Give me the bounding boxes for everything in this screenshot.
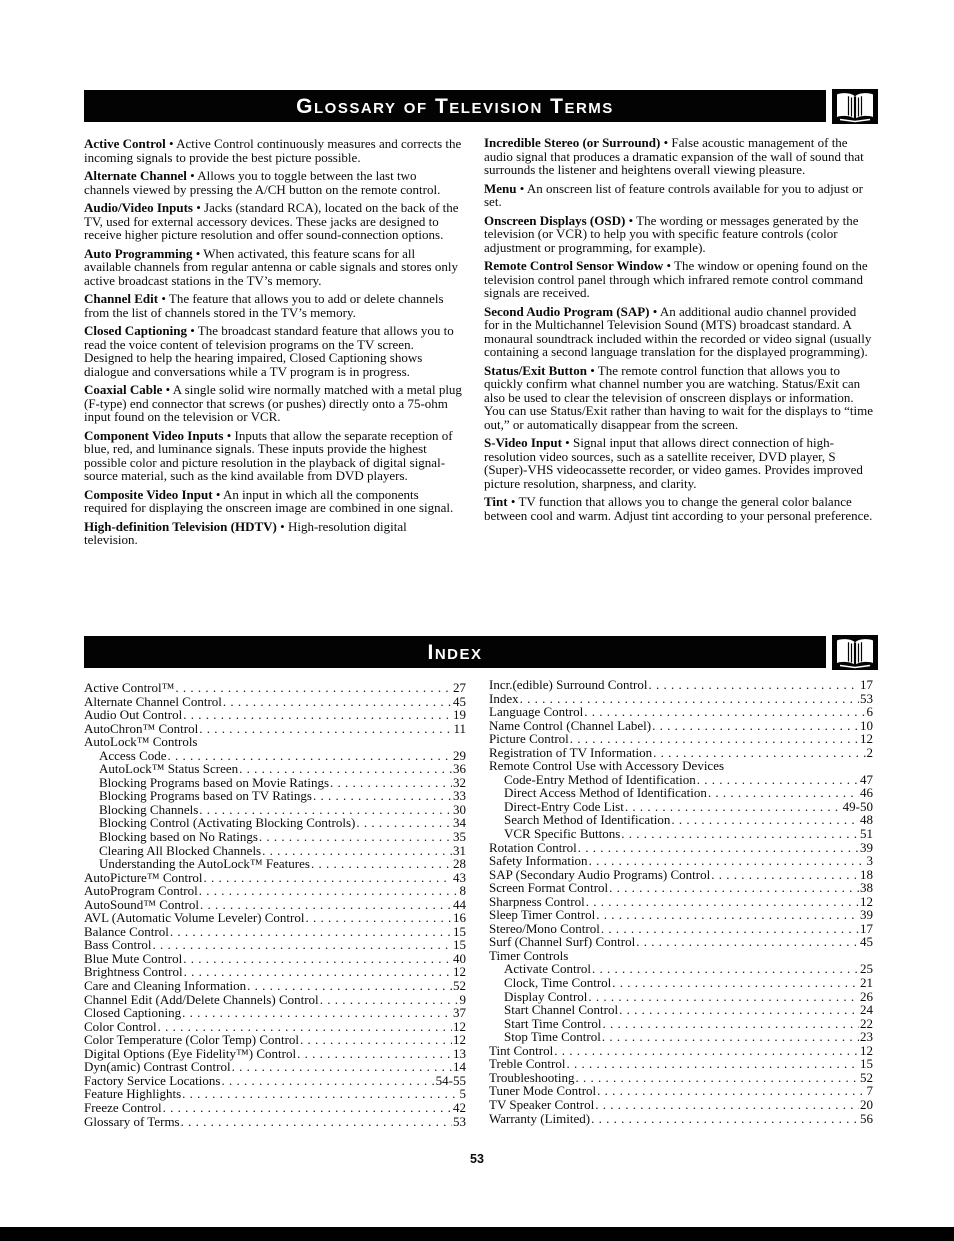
dot-leader bbox=[239, 762, 452, 776]
glossary-entry: Coaxial Cable • A single solid wire norm… bbox=[84, 383, 462, 424]
index-entry-page: 54-55 bbox=[436, 1074, 466, 1088]
dot-leader bbox=[520, 692, 859, 706]
index-entry-label: Blocking Control (Activating Blocking Co… bbox=[99, 816, 355, 830]
index-entry: Troubleshooting52 bbox=[489, 1071, 873, 1085]
index-entry-page: 37 bbox=[453, 1006, 466, 1020]
bullet-separator: • bbox=[520, 181, 525, 196]
index-entry-label: AutoLock™ Status Screen bbox=[99, 762, 238, 776]
index-entry: Alternate Channel Control45 bbox=[84, 695, 466, 709]
index-entry-label: Stereo/Mono Control bbox=[489, 922, 600, 936]
index-entry-label: Incr.(edible) Surround Control bbox=[489, 678, 648, 692]
dot-leader bbox=[653, 746, 865, 760]
dot-leader bbox=[175, 681, 452, 695]
index-entry-page: 24 bbox=[860, 1003, 873, 1017]
dot-leader bbox=[330, 776, 452, 790]
dot-leader bbox=[584, 705, 865, 719]
index-entry: Display Control26 bbox=[489, 990, 873, 1004]
index-entry-page: 18 bbox=[860, 868, 873, 882]
dot-leader bbox=[170, 925, 452, 939]
index-entry-page: 51 bbox=[860, 827, 873, 841]
dot-leader bbox=[697, 773, 859, 787]
dot-leader bbox=[311, 857, 452, 871]
index-entry-label: Remote Control Use with Accessory Device… bbox=[489, 759, 724, 773]
index-entry-label: Blocking Programs based on Movie Ratings bbox=[99, 776, 329, 790]
index-entry-page: 53 bbox=[860, 692, 873, 706]
index-entry: Code-Entry Method of Identification47 bbox=[489, 773, 873, 787]
dot-leader bbox=[300, 1033, 452, 1047]
index-entry-label: Treble Control bbox=[489, 1057, 565, 1071]
dot-leader bbox=[200, 898, 452, 912]
index-entry: Sleep Timer Control39 bbox=[489, 908, 873, 922]
glossary-entry: Composite Video Input • An input in whic… bbox=[84, 488, 462, 515]
index-entry: Brightness Control12 bbox=[84, 965, 466, 979]
dot-leader bbox=[588, 990, 859, 1004]
index-entry-label: AutoPicture™ Control bbox=[84, 871, 203, 885]
index-entry: Color Control12 bbox=[84, 1020, 466, 1034]
dot-leader bbox=[153, 938, 452, 952]
index-entry-page: 21 bbox=[860, 976, 873, 990]
index-entry-page: 14 bbox=[453, 1060, 466, 1074]
dot-leader bbox=[625, 800, 842, 814]
index-entry: AutoProgram Control8 bbox=[84, 884, 466, 898]
index-entry: Care and Cleaning Information52 bbox=[84, 979, 466, 993]
index-entry-label: AVL (Automatic Volume Leveler) Control bbox=[84, 911, 304, 925]
dot-leader bbox=[223, 695, 452, 709]
index-entry-page: 12 bbox=[453, 965, 466, 979]
index-entry-page: 49-50 bbox=[843, 800, 873, 814]
dot-leader bbox=[259, 830, 452, 844]
index-entry: Sharpness Control12 bbox=[489, 895, 873, 909]
dot-leader bbox=[262, 844, 452, 858]
index-entry-label: Name Control (Channel Label) bbox=[489, 719, 651, 733]
index-entry-label: Blue Mute Control bbox=[84, 952, 182, 966]
dot-leader bbox=[320, 993, 459, 1007]
index-entry-label: Color Temperature (Color Temp) Control bbox=[84, 1033, 299, 1047]
index-entry-label: Balance Control bbox=[84, 925, 169, 939]
dot-leader bbox=[597, 1084, 865, 1098]
dot-leader bbox=[566, 1057, 859, 1071]
index-entry: Remote Control Use with Accessory Device… bbox=[489, 759, 873, 773]
index-entry-label: Blocking Channels bbox=[99, 803, 198, 817]
index-entry-label: AutoSound™ Control bbox=[84, 898, 199, 912]
dot-leader bbox=[232, 1060, 452, 1074]
index-entry-label: Clock, Time Control bbox=[504, 976, 611, 990]
index-entry: Safety Information3 bbox=[489, 854, 873, 868]
index-entry-label: Active Control™ bbox=[84, 681, 174, 695]
dot-leader bbox=[184, 965, 452, 979]
index-entry: Closed Captioning37 bbox=[84, 1006, 466, 1020]
dot-leader bbox=[596, 908, 859, 922]
index-entry: Registration of TV Information2 bbox=[489, 746, 873, 760]
index-entry-label: Timer Controls bbox=[489, 949, 568, 963]
index-entry-label: Stop Time Control bbox=[504, 1030, 601, 1044]
dot-leader bbox=[199, 803, 452, 817]
index-entry: Timer Controls bbox=[489, 949, 873, 963]
index-entry: Rotation Control39 bbox=[489, 841, 873, 855]
dot-leader bbox=[636, 935, 859, 949]
index-entry-label: Sleep Timer Control bbox=[489, 908, 595, 922]
index-entry-label: Blocking based on No Ratings bbox=[99, 830, 258, 844]
open-book-icon bbox=[832, 635, 878, 670]
index-entry: Balance Control15 bbox=[84, 925, 466, 939]
dot-leader bbox=[619, 1003, 859, 1017]
index-entry: Digital Options (Eye Fidelity™) Control1… bbox=[84, 1047, 466, 1061]
dot-leader bbox=[586, 895, 859, 909]
index-entry: Audio Out Control19 bbox=[84, 708, 466, 722]
index-entry-label: AutoLock™ Controls bbox=[84, 735, 197, 749]
dot-leader bbox=[182, 1006, 452, 1020]
index-entry: Index53 bbox=[489, 692, 873, 706]
dot-leader bbox=[609, 881, 859, 895]
index-entry-page: 39 bbox=[860, 908, 873, 922]
index-entry-page: 12 bbox=[860, 1044, 873, 1058]
glossary-entry: Second Audio Program (SAP) • An addition… bbox=[484, 305, 874, 359]
index-entry-label: Direct Access Method of Identification bbox=[504, 786, 707, 800]
dot-leader bbox=[603, 1017, 859, 1031]
index-entry-page: 35 bbox=[453, 830, 466, 844]
dot-leader bbox=[181, 1115, 452, 1129]
dot-leader bbox=[554, 1044, 859, 1058]
dot-leader bbox=[601, 922, 859, 936]
index-entry-label: Registration of TV Information bbox=[489, 746, 652, 760]
index-entry-label: Start Time Control bbox=[504, 1017, 602, 1031]
dot-leader bbox=[221, 1074, 434, 1088]
index-entry-label: Search Method of Identification bbox=[504, 813, 670, 827]
index-entry: AutoPicture™ Control43 bbox=[84, 871, 466, 885]
index-entry-page: 30 bbox=[453, 803, 466, 817]
dot-leader bbox=[575, 1071, 859, 1085]
index-entry-page: 5 bbox=[460, 1087, 467, 1101]
index-entry-label: Access Code bbox=[99, 749, 167, 763]
index-entry-page: 39 bbox=[860, 841, 873, 855]
index-entry: Clearing All Blocked Channels31 bbox=[84, 844, 466, 858]
index-entry-page: 56 bbox=[860, 1112, 873, 1126]
index-entry: VCR Specific Buttons51 bbox=[489, 827, 873, 841]
index-entry-label: Channel Edit (Add/Delete Channels) Contr… bbox=[84, 993, 319, 1007]
index-entry: Channel Edit (Add/Delete Channels) Contr… bbox=[84, 993, 466, 1007]
index-entry-page: 15 bbox=[453, 938, 466, 952]
index-entry: AutoChron™ Control11 bbox=[84, 722, 466, 736]
index-entry-page: 43 bbox=[453, 871, 466, 885]
index-entry-label: Picture Control bbox=[489, 732, 569, 746]
dot-leader bbox=[570, 732, 859, 746]
dot-leader bbox=[591, 1112, 859, 1126]
index-header-bar: Index bbox=[84, 636, 826, 668]
dot-leader bbox=[589, 854, 866, 868]
index-entry-page: 16 bbox=[453, 911, 466, 925]
index-entry-page: 33 bbox=[453, 789, 466, 803]
index-entry-page: 42 bbox=[453, 1101, 466, 1115]
index-entry-label: Clearing All Blocked Channels bbox=[99, 844, 261, 858]
index-entry-page: 6 bbox=[867, 705, 874, 719]
index-entry-page: 46 bbox=[860, 786, 873, 800]
index-entry-label: AutoProgram Control bbox=[84, 884, 198, 898]
index-entry: Start Channel Control24 bbox=[489, 1003, 873, 1017]
index-entry-page: 25 bbox=[860, 962, 873, 976]
index-entry-label: TV Speaker Control bbox=[489, 1098, 594, 1112]
index-entry: Language Control6 bbox=[489, 705, 873, 719]
index-entry-page: 53 bbox=[453, 1115, 466, 1129]
index-entry-label: Screen Format Control bbox=[489, 881, 608, 895]
index-entry-page: 23 bbox=[860, 1030, 873, 1044]
index-entry-page: 52 bbox=[860, 1071, 873, 1085]
index-entry: Blocking Programs based on Movie Ratings… bbox=[84, 776, 466, 790]
index-entry: Stereo/Mono Control17 bbox=[489, 922, 873, 936]
dot-leader bbox=[199, 722, 452, 736]
index-entry-label: Rotation Control bbox=[489, 841, 577, 855]
page-number: 53 bbox=[0, 1152, 954, 1166]
index-entry-label: Direct-Entry Code List bbox=[504, 800, 624, 814]
glossary-entry: Incredible Stereo (or Surround) • False … bbox=[484, 136, 874, 177]
dot-leader bbox=[183, 952, 452, 966]
index-entry: Tuner Mode Control7 bbox=[489, 1084, 873, 1098]
index-entry-label: VCR Specific Buttons bbox=[504, 827, 620, 841]
index-entry-label: Feature Highlights bbox=[84, 1087, 181, 1101]
index-entry: AutoSound™ Control44 bbox=[84, 898, 466, 912]
glossary-entry: Tint • TV function that allows you to ch… bbox=[484, 495, 874, 522]
index-entry: Glossary of Terms53 bbox=[84, 1115, 466, 1129]
index-entry-label: Sharpness Control bbox=[489, 895, 585, 909]
index-entry: Activate Control25 bbox=[489, 962, 873, 976]
index-entry-page: 38 bbox=[860, 881, 873, 895]
index-entry: Active Control™27 bbox=[84, 681, 466, 695]
glossary-entry: Status/Exit Button • The remote control … bbox=[484, 364, 874, 432]
index-entry-page: 20 bbox=[860, 1098, 873, 1112]
index-entry: AutoLock™ Controls bbox=[84, 735, 466, 749]
glossary-definition: An onscreen list of feature controls ava… bbox=[484, 181, 863, 210]
index-entry: Blocking Channels30 bbox=[84, 803, 466, 817]
index-entry-page: 45 bbox=[860, 935, 873, 949]
dot-leader bbox=[204, 871, 452, 885]
index-entry: Clock, Time Control21 bbox=[489, 976, 873, 990]
index-entry-page: 47 bbox=[860, 773, 873, 787]
index-entry: Understanding the AutoLock™ Features28 bbox=[84, 857, 466, 871]
dot-leader bbox=[247, 979, 452, 993]
index-entry-label: Activate Control bbox=[504, 962, 591, 976]
dot-leader bbox=[621, 827, 859, 841]
index-entry-label: Brightness Control bbox=[84, 965, 183, 979]
index-entry-label: Troubleshooting bbox=[489, 1071, 574, 1085]
index-entry-page: 52 bbox=[453, 979, 466, 993]
index-entry: Blue Mute Control40 bbox=[84, 952, 466, 966]
dot-leader bbox=[297, 1047, 452, 1061]
index-left-column: Active Control™27 Alternate Channel Cont… bbox=[84, 681, 466, 1128]
index-entry-page: 26 bbox=[860, 990, 873, 1004]
index-entry: Direct Access Method of Identification46 bbox=[489, 786, 873, 800]
index-entry: Direct-Entry Code List49-50 bbox=[489, 800, 873, 814]
index-entry-page: 13 bbox=[453, 1047, 466, 1061]
index-entry-label: Alternate Channel Control bbox=[84, 695, 222, 709]
index-entry: Picture Control12 bbox=[489, 732, 873, 746]
index-entry-label: Bass Control bbox=[84, 938, 152, 952]
bullet-separator: • bbox=[280, 519, 285, 534]
dot-leader bbox=[711, 868, 859, 882]
glossary-title: Glossary of Television Terms bbox=[296, 96, 614, 117]
index-entry: Blocking Programs based on TV Ratings33 bbox=[84, 789, 466, 803]
index-entry-page: 48 bbox=[860, 813, 873, 827]
index-entry: AVL (Automatic Volume Leveler) Control16 bbox=[84, 911, 466, 925]
index-entry-page: 8 bbox=[460, 884, 467, 898]
index-entry-label: Understanding the AutoLock™ Features bbox=[99, 857, 310, 871]
dot-leader bbox=[592, 962, 859, 976]
index-entry-page: 31 bbox=[453, 844, 466, 858]
glossary-entry: Channel Edit • The feature that allows y… bbox=[84, 292, 462, 319]
glossary-left-column: Active Control • Active Control continuo… bbox=[84, 137, 462, 552]
index-entry-page: 36 bbox=[453, 762, 466, 776]
index-entry-page: 2 bbox=[867, 746, 874, 760]
dot-leader bbox=[652, 719, 859, 733]
index-entry: Blocking Control (Activating Blocking Co… bbox=[84, 816, 466, 830]
index-entry-label: SAP (Secondary Audio Programs) Control bbox=[489, 868, 710, 882]
index-entry: AutoLock™ Status Screen36 bbox=[84, 762, 466, 776]
index-entry-label: Freeze Control bbox=[84, 1101, 162, 1115]
index-entry: Color Temperature (Color Temp) Control12 bbox=[84, 1033, 466, 1047]
index-entry-label: Display Control bbox=[504, 990, 587, 1004]
glossary-entry: S-Video Input • Signal input that allows… bbox=[484, 436, 874, 490]
dot-leader bbox=[578, 841, 859, 855]
index-entry-page: 28 bbox=[453, 857, 466, 871]
index-entry: Factory Service Locations54-55 bbox=[84, 1074, 466, 1088]
index-entry-label: Language Control bbox=[489, 705, 583, 719]
glossary-entry: High-definition Television (HDTV) • High… bbox=[84, 520, 462, 547]
index-entry-label: Color Control bbox=[84, 1020, 157, 1034]
index-entry: Start Time Control22 bbox=[489, 1017, 873, 1031]
index-entry-page: 9 bbox=[460, 993, 467, 1007]
index-entry-page: 10 bbox=[860, 719, 873, 733]
glossary-entry: Onscreen Displays (OSD) • The wording or… bbox=[484, 214, 874, 255]
dot-leader bbox=[168, 749, 452, 763]
index-entry-page: 15 bbox=[453, 925, 466, 939]
bottom-edge-bar bbox=[0, 1227, 954, 1241]
index-entry-label: Care and Cleaning Information bbox=[84, 979, 246, 993]
index-entry-page: 17 bbox=[860, 678, 873, 692]
index-entry: SAP (Secondary Audio Programs) Control18 bbox=[489, 868, 873, 882]
glossary-entry: Closed Captioning • The broadcast standa… bbox=[84, 324, 462, 378]
dot-leader bbox=[356, 816, 452, 830]
index-entry: TV Speaker Control20 bbox=[489, 1098, 873, 1112]
index-entry: Surf (Channel Surf) Control45 bbox=[489, 935, 873, 949]
index-entry-page: 19 bbox=[453, 708, 466, 722]
index-entry-page: 17 bbox=[860, 922, 873, 936]
dot-leader bbox=[649, 678, 860, 692]
index-entry: Warranty (Limited)56 bbox=[489, 1112, 873, 1126]
index-entry: Stop Time Control23 bbox=[489, 1030, 873, 1044]
index-entry: Treble Control15 bbox=[489, 1057, 873, 1071]
dot-leader bbox=[602, 1030, 859, 1044]
open-book-icon bbox=[832, 89, 878, 124]
index-entry-page: 32 bbox=[453, 776, 466, 790]
index-entry-page: 12 bbox=[860, 895, 873, 909]
index-entry-label: Warranty (Limited) bbox=[489, 1112, 590, 1126]
index-entry-page: 12 bbox=[860, 732, 873, 746]
index-entry: Name Control (Channel Label)10 bbox=[489, 719, 873, 733]
index-entry: Freeze Control42 bbox=[84, 1101, 466, 1115]
index-entry-page: 45 bbox=[453, 695, 466, 709]
dot-leader bbox=[313, 789, 452, 803]
dot-leader bbox=[305, 911, 452, 925]
index-entry-page: 34 bbox=[453, 816, 466, 830]
glossary-entry: Audio/Video Inputs • Jacks (standard RCA… bbox=[84, 201, 462, 242]
index-entry-label: Start Channel Control bbox=[504, 1003, 618, 1017]
index-entry-label: Factory Service Locations bbox=[84, 1074, 220, 1088]
index-entry-label: AutoChron™ Control bbox=[84, 722, 198, 736]
dot-leader bbox=[199, 884, 459, 898]
dot-leader bbox=[158, 1020, 452, 1034]
glossary-header-bar: Glossary of Television Terms bbox=[84, 90, 826, 122]
index-entry-page: 44 bbox=[453, 898, 466, 912]
dot-leader bbox=[163, 1101, 452, 1115]
index-entry-page: 22 bbox=[860, 1017, 873, 1031]
index-entry-label: Tint Control bbox=[489, 1044, 553, 1058]
index-entry: Bass Control15 bbox=[84, 938, 466, 952]
glossary-entry: Alternate Channel • Allows you to toggle… bbox=[84, 169, 462, 196]
dot-leader bbox=[183, 708, 452, 722]
glossary-entry: Active Control • Active Control continuo… bbox=[84, 137, 462, 164]
index-entry-page: 29 bbox=[453, 749, 466, 763]
index-entry-label: Safety Information bbox=[489, 854, 588, 868]
index-entry: Feature Highlights5 bbox=[84, 1087, 466, 1101]
glossary-right-column: Incredible Stereo (or Surround) • False … bbox=[484, 136, 874, 527]
index-entry: Search Method of Identification48 bbox=[489, 813, 873, 827]
index-entry-page: 12 bbox=[453, 1033, 466, 1047]
dot-leader bbox=[595, 1098, 859, 1112]
index-entry: Dyn(amic) Contrast Control14 bbox=[84, 1060, 466, 1074]
dot-leader bbox=[182, 1087, 458, 1101]
index-right-column: Incr.(edible) Surround Control17 Index53… bbox=[489, 678, 873, 1125]
dot-leader bbox=[671, 813, 859, 827]
index-entry-label: Glossary of Terms bbox=[84, 1115, 180, 1129]
glossary-entry: Auto Programming • When activated, this … bbox=[84, 247, 462, 288]
index-entry-label: Surf (Channel Surf) Control bbox=[489, 935, 635, 949]
index-entry-label: Digital Options (Eye Fidelity™) Control bbox=[84, 1047, 296, 1061]
index-entry-label: Tuner Mode Control bbox=[489, 1084, 596, 1098]
index-entry-page: 12 bbox=[453, 1020, 466, 1034]
index-entry: Tint Control12 bbox=[489, 1044, 873, 1058]
index-entry-page: 27 bbox=[453, 681, 466, 695]
glossary-entry: Component Video Inputs • Inputs that all… bbox=[84, 429, 462, 483]
index-title: Index bbox=[427, 642, 482, 663]
index-entry-label: Code-Entry Method of Identification bbox=[504, 773, 696, 787]
index-entry: Screen Format Control38 bbox=[489, 881, 873, 895]
manual-page: Glossary of Television Terms Active Cont… bbox=[0, 0, 954, 1241]
index-entry-label: Closed Captioning bbox=[84, 1006, 181, 1020]
dot-leader bbox=[612, 976, 859, 990]
index-entry-label: Dyn(amic) Contrast Control bbox=[84, 1060, 231, 1074]
glossary-definition: TV function that allows you to change th… bbox=[484, 494, 872, 523]
index-entry-page: 15 bbox=[860, 1057, 873, 1071]
glossary-entry: Remote Control Sensor Window • The windo… bbox=[484, 259, 874, 300]
index-entry-page: 11 bbox=[453, 722, 466, 736]
index-entry: Blocking based on No Ratings35 bbox=[84, 830, 466, 844]
index-entry-page: 3 bbox=[867, 854, 874, 868]
glossary-entry: Menu • An onscreen list of feature contr… bbox=[484, 182, 874, 209]
index-entry-page: 7 bbox=[867, 1084, 874, 1098]
index-entry: Access Code29 bbox=[84, 749, 466, 763]
index-entry-label: Audio Out Control bbox=[84, 708, 182, 722]
index-entry: Incr.(edible) Surround Control17 bbox=[489, 678, 873, 692]
index-entry-label: Blocking Programs based on TV Ratings bbox=[99, 789, 312, 803]
index-entry-label: Index bbox=[489, 692, 519, 706]
dot-leader bbox=[708, 786, 859, 800]
index-entry-page: 40 bbox=[453, 952, 466, 966]
